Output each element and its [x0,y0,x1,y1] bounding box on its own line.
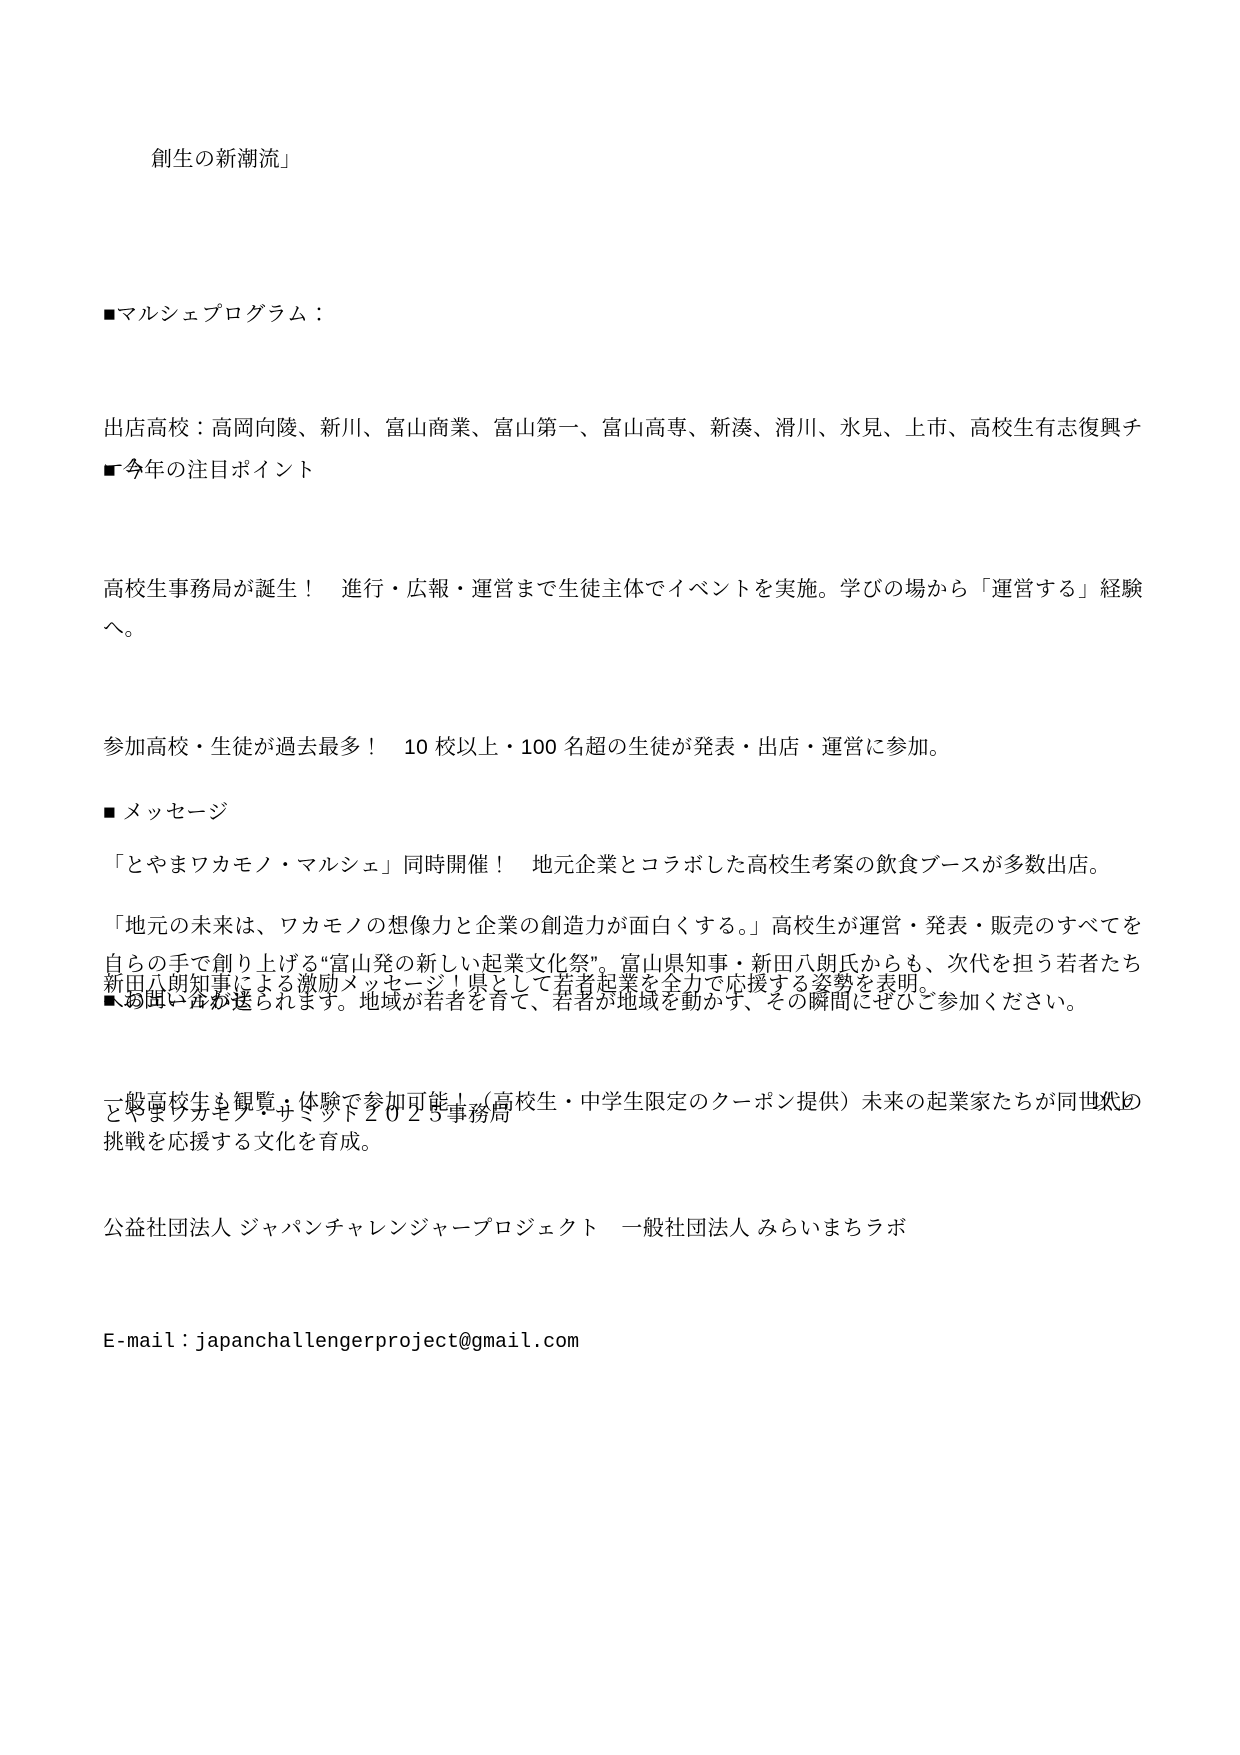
message-heading: ■ メッセージ [103,794,1143,832]
document-page: 創生の新潮流」 ■マルシェプログラム： 出店高校：高岡向陵、新川、富山商業、富山… [0,0,1240,1755]
contact-email: E-mail：japanchallengerproject@gmail.com [103,1324,1143,1362]
contact-heading: ■ お問い合わせ [103,982,1143,1020]
section-contact: ■ お問い合わせ とやまワカモノ・サミット２０２５事務局 公益社団法人 ジャパン… [103,906,1143,1438]
contact-entities: 公益社団法人 ジャパンチャレンジャープロジェクト 一般社団法人 みらいまちラボ [103,1210,1143,1248]
highlight-item: 高校生事務局が誕生！ 進行・広報・運営まで生徒主体でイベントを実施。学びの場から… [103,570,1143,649]
marche-heading: ■マルシェプログラム： [103,296,1143,334]
title-continuation-line: 創生の新潮流」 [103,141,1143,179]
closing-mark: 以上 [103,1084,1143,1122]
highlights-heading: ■ 今年の注目ポイント [103,451,1143,491]
